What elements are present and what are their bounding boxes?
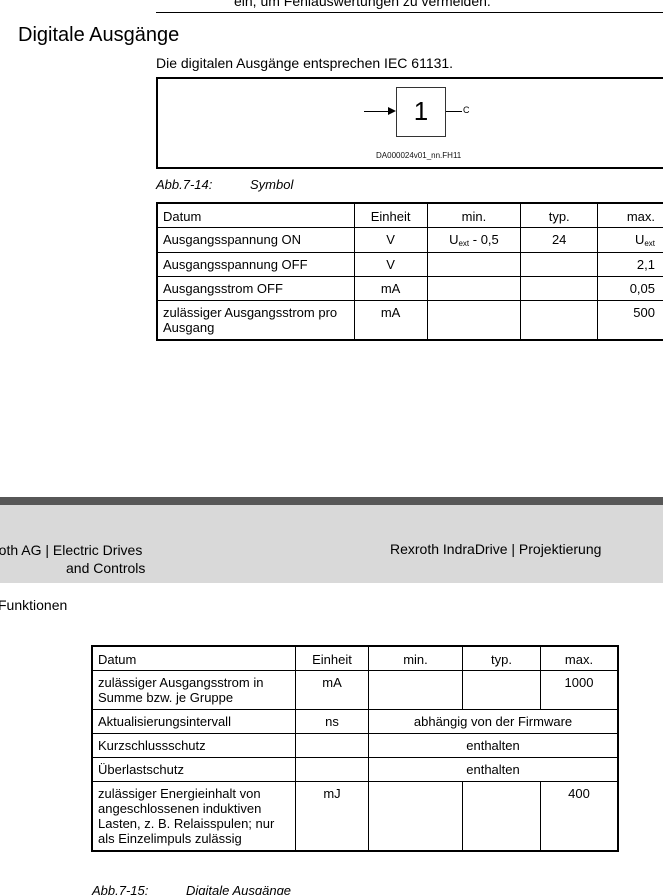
cell-typ xyxy=(463,782,541,852)
cell-einheit: V xyxy=(354,228,427,253)
cell-datum: Ausgangsspannung OFF xyxy=(157,253,354,277)
input-arrow-icon xyxy=(388,107,396,115)
cell-datum: Überlastschutz xyxy=(92,758,296,782)
col-typ: typ. xyxy=(521,203,598,228)
cell-typ xyxy=(463,671,541,710)
section-heading: Digitale Ausgänge xyxy=(18,24,179,47)
col-einheit: Einheit xyxy=(354,203,427,228)
cell-einheit: mA xyxy=(296,671,369,710)
cell-datum: Kurzschlussschutz xyxy=(92,734,296,758)
col-min: min. xyxy=(427,203,521,228)
cell-datum: zulässiger Ausgangsstrom pro Ausgang xyxy=(157,301,354,341)
cell-min xyxy=(369,671,463,710)
cell-merged-value: enthalten xyxy=(369,758,619,782)
cell-datum: Aktualisierungsintervall xyxy=(92,710,296,734)
cell-min xyxy=(427,253,521,277)
col-datum: Datum xyxy=(157,203,354,228)
cell-merged-value: enthalten xyxy=(369,734,619,758)
table-header-row: Datum Einheit min. typ. max. xyxy=(92,646,618,671)
output-line xyxy=(446,111,462,112)
input-arrow-line xyxy=(364,111,390,112)
table-row: zulässiger Ausgangsstrom in Summe bzw. j… xyxy=(92,671,618,710)
intro-paragraph: Die digitalen Ausgänge entsprechen IEC 6… xyxy=(156,55,453,71)
col-datum: Datum xyxy=(92,646,296,671)
cell-einheit xyxy=(296,758,369,782)
col-max: max. xyxy=(541,646,619,671)
cell-datum: zulässiger Ausgangsstrom in Summe bzw. j… xyxy=(92,671,296,710)
table-row: zulässiger Energieinhalt von angeschloss… xyxy=(92,782,618,852)
col-typ: typ. xyxy=(463,646,541,671)
cell-max: Uext xyxy=(598,228,663,253)
figure-caption: Abb.7-14:Symbol xyxy=(156,177,293,192)
col-max: max. xyxy=(598,203,663,228)
table-row: Ausgangsstrom OFF mA 0,05 xyxy=(157,277,663,301)
col-einheit: Einheit xyxy=(296,646,369,671)
cell-min xyxy=(427,277,521,301)
cell-typ xyxy=(521,253,598,277)
footer-company: roth AG | Electric Drives and Controls xyxy=(0,541,145,577)
footer-bar-dark xyxy=(0,497,663,505)
table-row: Überlastschutz enthalten xyxy=(92,758,618,782)
cell-max: 1000 xyxy=(541,671,619,710)
output-spec-table-continued: Datum Einheit min. typ. max. zulässiger … xyxy=(91,645,619,852)
table-row: zulässiger Ausgangsstrom pro Ausgang mA … xyxy=(157,301,663,341)
table-row: Kurzschlussschutz enthalten xyxy=(92,734,618,758)
table-row: Ausgangsspannung OFF V 2,1 xyxy=(157,253,663,277)
cell-max: 0,05 xyxy=(598,277,663,301)
previous-paragraph-text: ein, um Fehlauswertungen zu vermeiden. xyxy=(234,0,491,9)
output-spec-table: Datum Einheit min. typ. max. Ausgangsspa… xyxy=(156,202,663,341)
cell-datum: zulässiger Energieinhalt von angeschloss… xyxy=(92,782,296,852)
footer-document-title: Rexroth IndraDrive | Projektierung xyxy=(390,541,601,557)
cell-typ xyxy=(521,301,598,341)
output-marker: C xyxy=(463,105,470,115)
table-row: Ausgangsspannung ON V Uext - 0,5 24 Uext xyxy=(157,228,663,253)
cell-datum: Ausgangsstrom OFF xyxy=(157,277,354,301)
caption-text: Symbol xyxy=(250,177,293,192)
cell-einheit: V xyxy=(354,253,427,277)
caption-number: Abb.7-14: xyxy=(156,177,250,192)
cell-merged-value: abhängig von der Firmware xyxy=(369,710,619,734)
cell-min: Uext - 0,5 xyxy=(427,228,521,253)
table-row: Aktualisierungsintervall ns abhängig von… xyxy=(92,710,618,734)
section-divider xyxy=(156,12,663,13)
cell-datum: Ausgangsspannung ON xyxy=(157,228,354,253)
table-header-row: Datum Einheit min. typ. max. xyxy=(157,203,663,228)
cell-min xyxy=(427,301,521,341)
caption-number: Abb.7-15: xyxy=(92,883,186,895)
cell-typ: 24 xyxy=(521,228,598,253)
cell-min xyxy=(369,782,463,852)
footer-company-line1: roth AG | Electric Drives xyxy=(0,542,142,558)
col-min: min. xyxy=(369,646,463,671)
footer-company-line2: and Controls xyxy=(0,559,145,577)
figure-id: DA000024v01_nn.FH11 xyxy=(376,151,461,160)
cell-einheit: mA xyxy=(354,301,427,341)
cell-max: 500 xyxy=(598,301,663,341)
logic-symbol-box: 1 xyxy=(396,87,446,137)
cell-max: 2,1 xyxy=(598,253,663,277)
caption-text: Digitale Ausgänge xyxy=(186,883,291,895)
page-section-label: Funktionen xyxy=(0,597,67,613)
cell-einheit: mJ xyxy=(296,782,369,852)
cell-max: 400 xyxy=(541,782,619,852)
cell-einheit: ns xyxy=(296,710,369,734)
cell-einheit: mA xyxy=(354,277,427,301)
cell-einheit xyxy=(296,734,369,758)
cell-typ xyxy=(521,277,598,301)
figure-caption: Abb.7-15:Digitale Ausgänge xyxy=(92,883,291,895)
